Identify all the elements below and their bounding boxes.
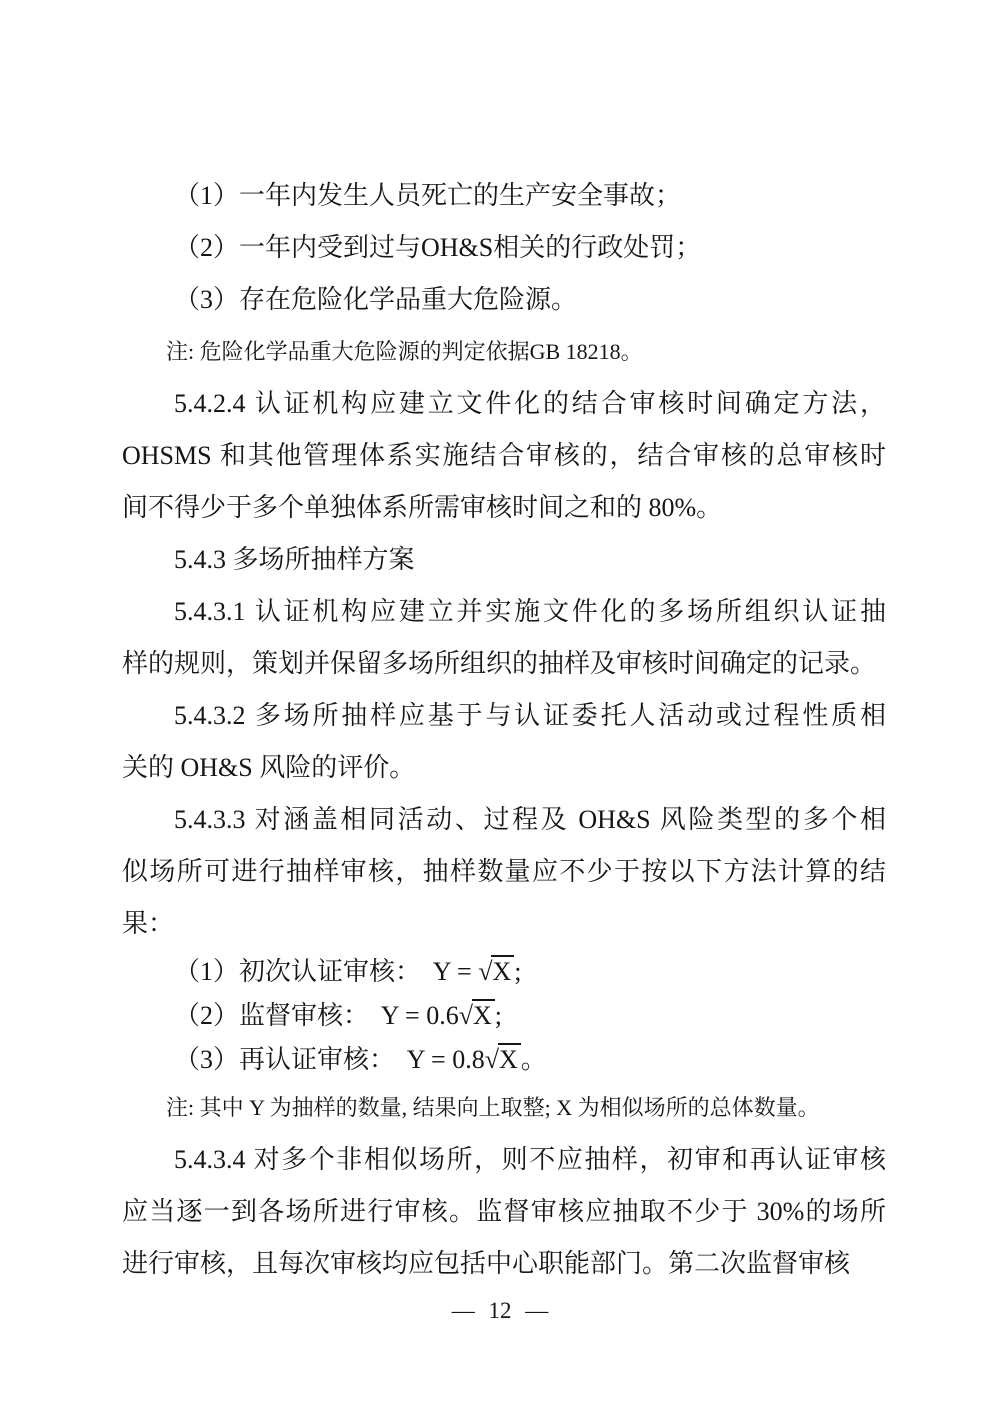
text-line: 5.4.3.3 对涵盖相同活动、过程及 OH&S 风险类型的多个相 (122, 794, 886, 846)
text-line: 5.4.3 多场所抽样方案 (122, 534, 886, 586)
formula-label: （3）再认证审核： (174, 1045, 395, 1074)
radicand: X (472, 999, 495, 1030)
radical-sign-icon: √ (459, 1001, 473, 1030)
document-content: （1）一年内发生人员死亡的生产安全事故；（2）一年内受到过与OH&S相关的行政处… (122, 170, 886, 1290)
text-line: 5.4.3.2 多场所抽样应基于与认证委托人活动或过程性质相 (122, 690, 886, 742)
text-line: 应当逐一到各场所进行审核。监督审核应抽取不少于 30%的场所 (122, 1186, 886, 1238)
text-line: 5.4.3.4 对多个非相似场所，则不应抽样，初审和再认证审核 (122, 1134, 886, 1186)
formula-label: （1）初次认证审核： (174, 957, 421, 986)
sqrt-radical: √X (485, 1045, 521, 1074)
page-number: — 12 — (0, 1294, 1000, 1328)
text-line: 关的 OH&S 风险的评价。 (122, 742, 886, 794)
formula-line-formula-recert: （3）再认证审核：Y = 0.8√X。 (122, 1038, 886, 1082)
formula-lhs: Y = (407, 1045, 452, 1074)
text-line: 果： (122, 898, 886, 950)
formula-tail: 。 (521, 1045, 547, 1074)
formula-tail: ; (495, 1001, 502, 1030)
text-line: （3）存在危险化学品重大危险源。 (122, 274, 886, 326)
formula-coefficient: 0.8 (452, 1045, 485, 1074)
sqrt-radical: √X (478, 957, 514, 986)
text-line: 间不得少于多个单独体系所需审核时间之和的 80%。 (122, 482, 886, 534)
formula-equation: Y = 0.8√X。 (407, 1045, 547, 1074)
formula-tail: ; (514, 957, 521, 986)
formula-equation: Y = 0.6√X; (381, 1001, 502, 1030)
formula-label: （2）监督审核： (174, 1001, 369, 1030)
text-line: 似场所可进行抽样审核，抽样数量应不少于按以下方法计算的结 (122, 846, 886, 898)
document-page: （1）一年内发生人员死亡的生产安全事故；（2）一年内受到过与OH&S相关的行政处… (0, 0, 1000, 1414)
text-line: （2）一年内受到过与OH&S相关的行政处罚； (122, 222, 886, 274)
text-line: 样的规则，策划并保留多场所组织的抽样及审核时间确定的记录。 (122, 638, 886, 690)
radicand: X (491, 955, 514, 986)
formula-lhs: Y = (433, 957, 478, 986)
radicand: X (498, 1043, 521, 1074)
text-line: 注: 其中 Y 为抽样的数量, 结果向上取整; X 为相似场所的总体数量。 (122, 1082, 886, 1134)
formula-equation: Y = √X; (433, 957, 522, 986)
radical-sign-icon: √ (485, 1045, 499, 1074)
sqrt-radical: √X (459, 1001, 495, 1030)
formula-coefficient: 0.6 (426, 1001, 459, 1030)
formula-lhs: Y = (381, 1001, 426, 1030)
text-line: 注: 危险化学品重大危险源的判定依据GB 18218。 (122, 326, 886, 378)
formula-line-formula-surveillance: （2）监督审核：Y = 0.6√X; (122, 994, 886, 1038)
text-line: （1）一年内发生人员死亡的生产安全事故； (122, 170, 886, 222)
text-line: OHSMS 和其他管理体系实施结合审核的，结合审核的总审核时 (122, 430, 886, 482)
formula-line-formula-initial: （1）初次认证审核：Y = √X; (122, 950, 886, 994)
text-line: 5.4.2.4 认证机构应建立文件化的结合审核时间确定方法， (122, 378, 886, 430)
text-line: 5.4.3.1 认证机构应建立并实施文件化的多场所组织认证抽 (122, 586, 886, 638)
text-line: 进行审核，且每次审核均应包括中心职能部门。第二次监督审核 (122, 1238, 886, 1290)
